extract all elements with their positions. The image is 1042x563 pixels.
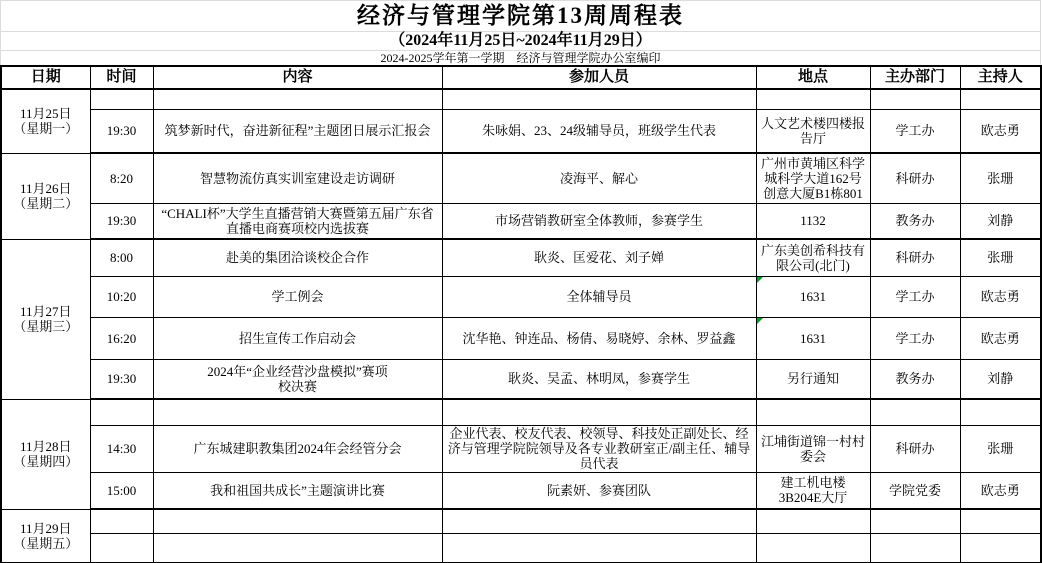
content-cell: “CHALI杯”大学生直播营销大赛暨第五届广东省直播电商赛项校内选拔赛	[153, 203, 442, 239]
table-row: 19:30 筑梦新时代，奋进新征程”主题团日展示汇报会 朱咏娟、23、24级辅导…	[1, 109, 1041, 153]
content-cell: 赴美的集团洽谈校企合作	[153, 239, 442, 276]
host-cell	[960, 509, 1041, 533]
date-line1: 11月26日	[5, 181, 87, 196]
content-cell: 我和祖国共成长”主题演讲比赛	[153, 472, 442, 509]
header-content: 内容	[153, 66, 442, 89]
date-cell-tuesday: 11月26日 （星期二）	[1, 153, 90, 239]
location-cell: 广东美创希科技有限公司(北门)	[756, 239, 870, 276]
department-cell: 教务办	[870, 203, 960, 239]
host-cell: 欧志勇	[960, 109, 1041, 153]
table-row	[1, 533, 1041, 563]
content-cell: 招生宣传工作启动会	[153, 317, 442, 359]
location-cell: 1132	[756, 203, 870, 239]
table-row: 10:20 学工例会 全体辅导员 1631 学工办 欧志勇	[1, 276, 1041, 317]
host-cell	[960, 89, 1041, 109]
content-cell	[153, 399, 442, 425]
department-cell: 学工办	[870, 276, 960, 317]
header-row: 日期 时间 内容 参加人员 地点 主办部门 主持人	[1, 66, 1041, 89]
table-row: 14:30 广东城建职教集团2024年会经管分会 企业代表、校友代表、校领导、科…	[1, 425, 1041, 472]
content-cell	[153, 509, 442, 533]
participants-cell: 阮素妍、参赛团队	[442, 472, 756, 509]
location-cell: 江埔街道锦一村村委会	[756, 425, 870, 472]
time-cell: 16:20	[90, 317, 153, 359]
error-triangle-icon	[757, 318, 763, 324]
participants-cell: 凌海平、解心	[442, 153, 756, 203]
date-line2: （星期一）	[5, 121, 87, 136]
host-cell: 欧志勇	[960, 317, 1041, 359]
participants-cell: 全体辅导员	[442, 276, 756, 317]
header-department: 主办部门	[870, 66, 960, 89]
participants-cell: 沈华艳、钟连品、杨倩、易晓婷、余林、罗益鑫	[442, 317, 756, 359]
content-cell: 学工例会	[153, 276, 442, 317]
table-row: 19:30 2024年“企业经营沙盘模拟”赛项 校决赛 耿炎、吴孟、林明凤，参赛…	[1, 359, 1041, 399]
table-row: 11月27日 （星期三） 8:00 赴美的集团洽谈校企合作 耿炎、匡爱花、刘子婵…	[1, 239, 1041, 276]
time-cell: 14:30	[90, 425, 153, 472]
header-location: 地点	[756, 66, 870, 89]
host-cell: 欧志勇	[960, 472, 1041, 509]
time-cell	[90, 399, 153, 425]
content-cell: 筑梦新时代，奋进新征程”主题团日展示汇报会	[153, 109, 442, 153]
participants-cell	[442, 509, 756, 533]
error-triangle-icon	[757, 277, 763, 283]
date-line2: （星期三）	[5, 319, 87, 334]
department-cell	[870, 533, 960, 563]
date-range-subtitle: （2024年11月25日~2024年11月29日）	[1, 32, 1040, 51]
edition-note: 2024-2025学年第一学期 经济与管理学院办公室编印	[1, 51, 1040, 65]
department-cell: 科研办	[870, 239, 960, 276]
participants-cell: 耿炎、吴孟、林明凤，参赛学生	[442, 359, 756, 399]
participants-cell: 朱咏娟、23、24级辅导员，班级学生代表	[442, 109, 756, 153]
table-row: 16:20 招生宣传工作启动会 沈华艳、钟连品、杨倩、易晓婷、余林、罗益鑫 16…	[1, 317, 1041, 359]
location-cell	[756, 89, 870, 109]
host-cell: 欧志勇	[960, 276, 1041, 317]
content-cell: 2024年“企业经营沙盘模拟”赛项 校决赛	[153, 359, 442, 399]
participants-cell	[442, 89, 756, 109]
host-cell: 刘静	[960, 203, 1041, 239]
time-cell	[90, 89, 153, 109]
department-cell	[870, 89, 960, 109]
time-cell: 8:00	[90, 239, 153, 276]
date-cell-thursday: 11月28日 （星期四）	[1, 399, 90, 509]
location-cell: 广州市黄埔区科学城科学大道162号创意大厦B1栋801	[756, 153, 870, 203]
host-cell: 张珊	[960, 153, 1041, 203]
date-cell-monday: 11月25日 （星期一）	[1, 89, 90, 153]
header-host: 主持人	[960, 66, 1041, 89]
host-cell	[960, 399, 1041, 425]
location-cell: 建工机电楼3B204E大厅	[756, 472, 870, 509]
time-cell: 19:30	[90, 109, 153, 153]
time-cell: 19:30	[90, 359, 153, 399]
host-cell: 张珊	[960, 425, 1041, 472]
department-cell: 科研办	[870, 425, 960, 472]
date-line1: 11月25日	[5, 106, 87, 121]
schedule-table: 日期 时间 内容 参加人员 地点 主办部门 主持人 11月25日 （星期一） 1…	[0, 65, 1042, 563]
table-row: 11月25日 （星期一）	[1, 89, 1041, 109]
date-line2: （星期五）	[5, 536, 87, 551]
table-row: 15:00 我和祖国共成长”主题演讲比赛 阮素妍、参赛团队 建工机电楼3B204…	[1, 472, 1041, 509]
location-cell: 另行通知	[756, 359, 870, 399]
content-cell	[153, 533, 442, 563]
content-cell: 智慧物流仿真实训室建设走访调研	[153, 153, 442, 203]
department-cell: 学工办	[870, 317, 960, 359]
department-cell: 学工办	[870, 109, 960, 153]
department-cell: 科研办	[870, 153, 960, 203]
time-cell: 15:00	[90, 472, 153, 509]
date-line1: 11月29日	[5, 521, 87, 536]
table-row: 11月28日 （星期四）	[1, 399, 1041, 425]
host-cell: 张珊	[960, 239, 1041, 276]
host-cell	[960, 533, 1041, 563]
time-cell: 8:20	[90, 153, 153, 203]
date-line1: 11月27日	[5, 304, 87, 319]
location-cell	[756, 509, 870, 533]
host-cell: 刘静	[960, 359, 1041, 399]
location-cell	[756, 399, 870, 425]
participants-cell	[442, 533, 756, 563]
header-time: 时间	[90, 66, 153, 89]
date-line1: 11月28日	[5, 439, 87, 454]
date-line2: （星期四）	[5, 454, 87, 469]
table-row: 19:30 “CHALI杯”大学生直播营销大赛暨第五届广东省直播电商赛项校内选拔…	[1, 203, 1041, 239]
time-cell: 19:30	[90, 203, 153, 239]
time-cell	[90, 533, 153, 563]
location-cell	[756, 533, 870, 563]
department-cell: 教务办	[870, 359, 960, 399]
department-cell	[870, 509, 960, 533]
content-cell	[153, 89, 442, 109]
participants-cell: 市场营销教研室全体教师，参赛学生	[442, 203, 756, 239]
header-participants: 参加人员	[442, 66, 756, 89]
header-date: 日期	[1, 66, 90, 89]
department-cell: 学院党委	[870, 472, 960, 509]
location-text: 1631	[800, 331, 826, 346]
schedule-page: 经济与管理学院第13周周程表 （2024年11月25日~2024年11月29日）…	[0, 0, 1042, 563]
location-text: 1631	[800, 289, 826, 304]
time-cell	[90, 509, 153, 533]
participants-cell: 企业代表、校友代表、校领导、科技处正副处长、经济与管理学院院领导及各专业教研室正…	[442, 425, 756, 472]
date-line2: （星期二）	[5, 196, 87, 211]
content-cell: 广东城建职教集团2024年会经管分会	[153, 425, 442, 472]
department-cell	[870, 399, 960, 425]
date-cell-wednesday: 11月27日 （星期三）	[1, 239, 90, 399]
title-area: 经济与管理学院第13周周程表 （2024年11月25日~2024年11月29日）…	[0, 0, 1041, 65]
date-cell-friday: 11月29日 （星期五）	[1, 509, 90, 563]
location-cell: 人文艺术楼四楼报告厅	[756, 109, 870, 153]
table-row: 11月26日 （星期二） 8:20 智慧物流仿真实训室建设走访调研 凌海平、解心…	[1, 153, 1041, 203]
location-cell: 1631	[756, 317, 870, 359]
page-title: 经济与管理学院第13周周程表	[1, 0, 1040, 32]
participants-cell	[442, 399, 756, 425]
time-cell: 10:20	[90, 276, 153, 317]
location-cell: 1631	[756, 276, 870, 317]
participants-cell: 耿炎、匡爱花、刘子婵	[442, 239, 756, 276]
table-row: 11月29日 （星期五）	[1, 509, 1041, 533]
